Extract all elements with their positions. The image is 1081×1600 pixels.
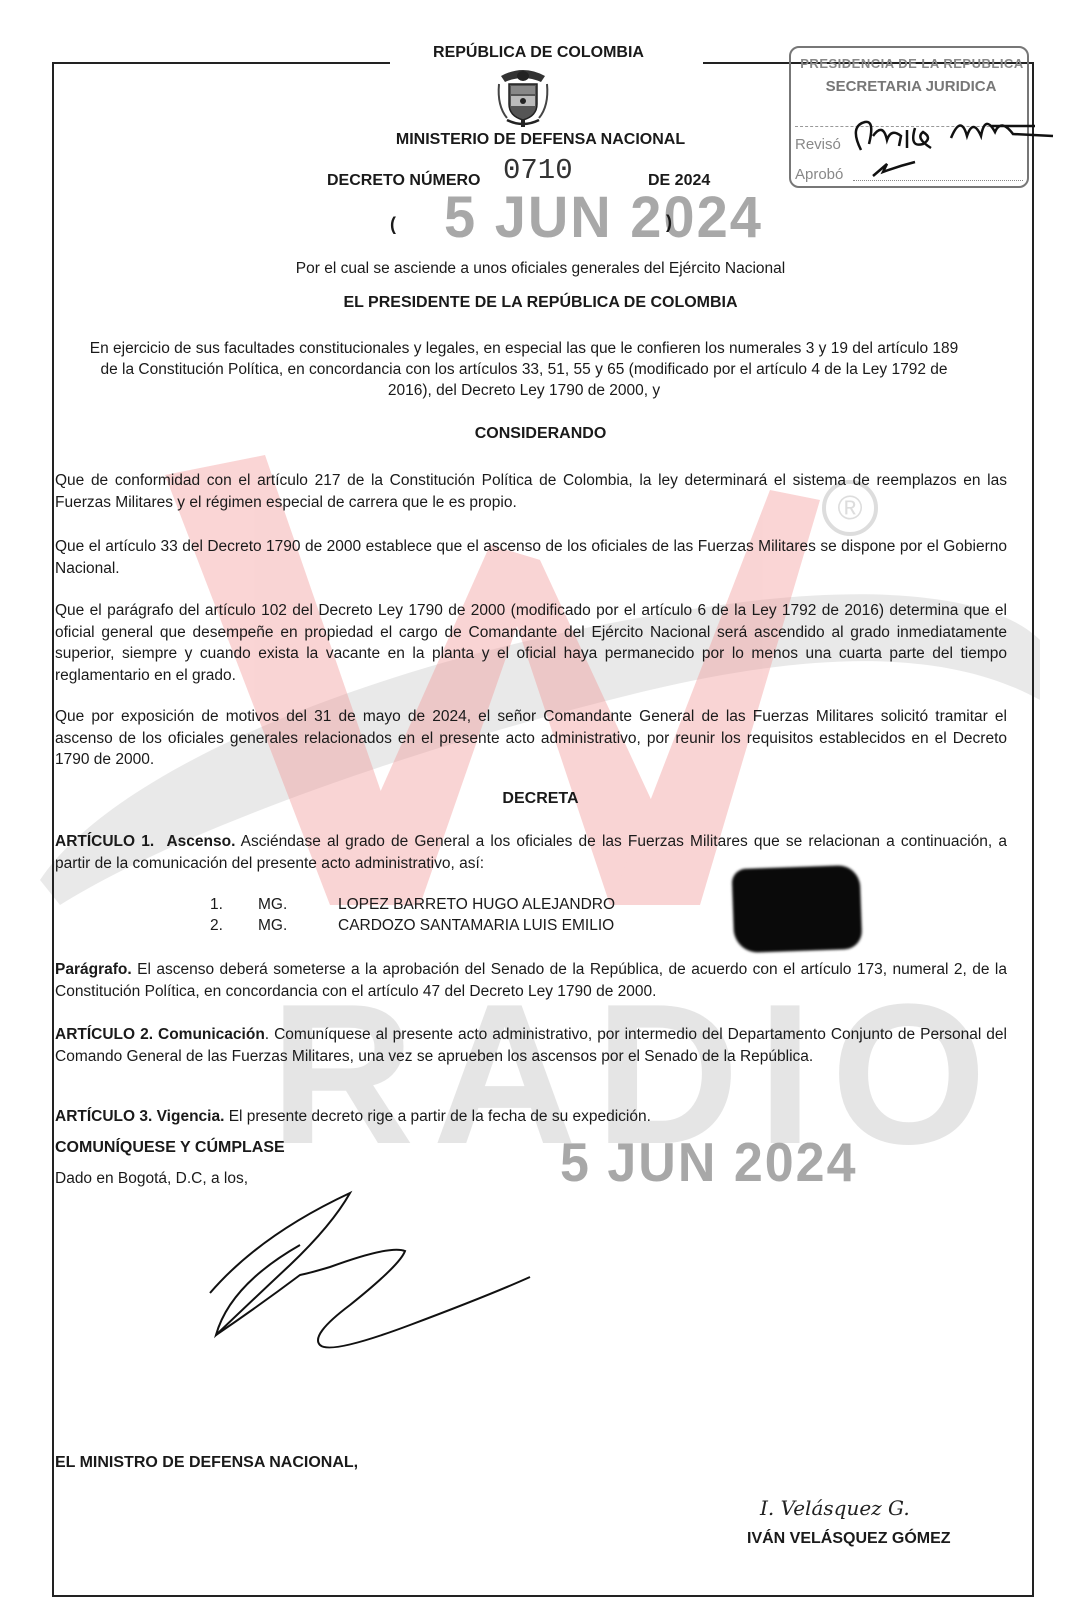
decree-subtitle: Por el cual se asciende a unos oficiales…	[0, 260, 1081, 278]
officer-name: CARDOZO SANTAMARIA LUIS EMILIO	[338, 915, 614, 936]
article-1-title: Ascenso.	[166, 833, 235, 850]
secretaria-juridica-review-stamp: PRESIDENCIA DE LA REPUBLICA SECRETARIA J…	[789, 46, 1029, 188]
president-signature-icon	[200, 1185, 540, 1365]
paragrafo-text: El ascenso deberá someterse a la aprobac…	[55, 961, 1007, 1000]
considerando-paragraph: Que de conformidad con el artículo 217 d…	[55, 470, 1007, 513]
article-3-text: El presente decreto rige a partir de la …	[224, 1108, 651, 1125]
minister-name: IVÁN VELÁSQUEZ GÓMEZ	[747, 1530, 951, 1548]
officer-name: LOPEZ BARRETO HUGO ALEJANDRO	[338, 894, 615, 915]
officers-list: 1. MG. LOPEZ BARRETO HUGO ALEJANDRO 2. M…	[210, 894, 615, 936]
decreta-heading: DECRETA	[0, 790, 1081, 808]
date-paren-close: )	[666, 212, 672, 233]
minister-signature: I. Velásquez G.	[760, 1496, 910, 1520]
officer-rank: MG.	[258, 915, 338, 936]
redaction-block	[732, 865, 863, 953]
article-3: ARTÍCULO 3. Vigencia. El presente decret…	[55, 1106, 1007, 1128]
minister-title: EL MINISTRO DE DEFENSA NACIONAL,	[55, 1454, 358, 1472]
article-3-title: Vigencia.	[157, 1108, 225, 1125]
date-stamp-top: 5 JUN 2024	[444, 182, 763, 250]
article-3-label: ARTÍCULO 3.	[55, 1108, 152, 1125]
decree-document: REPÚBLICA DE COLOMBIA MINISTERIO DE DEFE…	[0, 0, 1081, 1600]
considerando-paragraph: Que por exposición de motivos del 31 de …	[55, 706, 1007, 771]
considerando-paragraph: Que el artículo 33 del Decreto 1790 de 2…	[55, 536, 1007, 579]
colombia-coat-of-arms-icon	[495, 66, 551, 128]
article-2-title: Comunicación	[158, 1026, 265, 1043]
paragrafo: Parágrafo. El ascenso deberá someterse a…	[55, 959, 1007, 1002]
paragrafo-label: Parágrafo.	[55, 961, 132, 978]
article-2-label: ARTÍCULO 2.	[55, 1026, 153, 1043]
date-paren-open: (	[390, 214, 396, 235]
review-signature-icon	[791, 48, 1061, 190]
article-2: ARTÍCULO 2. Comunicación. Comuníquese al…	[55, 1024, 1007, 1067]
preamble-text: En ejercicio de sus facultades constituc…	[84, 338, 964, 401]
considerando-heading: CONSIDERANDO	[0, 425, 1081, 443]
president-heading: EL PRESIDENTE DE LA REPÚBLICA DE COLOMBI…	[0, 294, 1081, 312]
considerando-paragraph: Que el parágrafo del artículo 102 del De…	[55, 600, 1007, 686]
date-stamp-bottom: 5 JUN 2024	[560, 1132, 858, 1195]
officer-row: 1. MG. LOPEZ BARRETO HUGO ALEJANDRO	[210, 894, 615, 915]
officer-row: 2. MG. CARDOZO SANTAMARIA LUIS EMILIO	[210, 915, 615, 936]
article-1: ARTÍCULO 1. Ascenso. Asciéndase al grado…	[55, 831, 1007, 874]
officer-number: 1.	[210, 894, 258, 915]
officer-rank: MG.	[258, 894, 338, 915]
comuniquese-heading: COMUNÍQUESE Y CÚMPLASE	[55, 1139, 285, 1157]
officer-number: 2.	[210, 915, 258, 936]
article-1-label: ARTÍCULO 1.	[55, 833, 154, 850]
